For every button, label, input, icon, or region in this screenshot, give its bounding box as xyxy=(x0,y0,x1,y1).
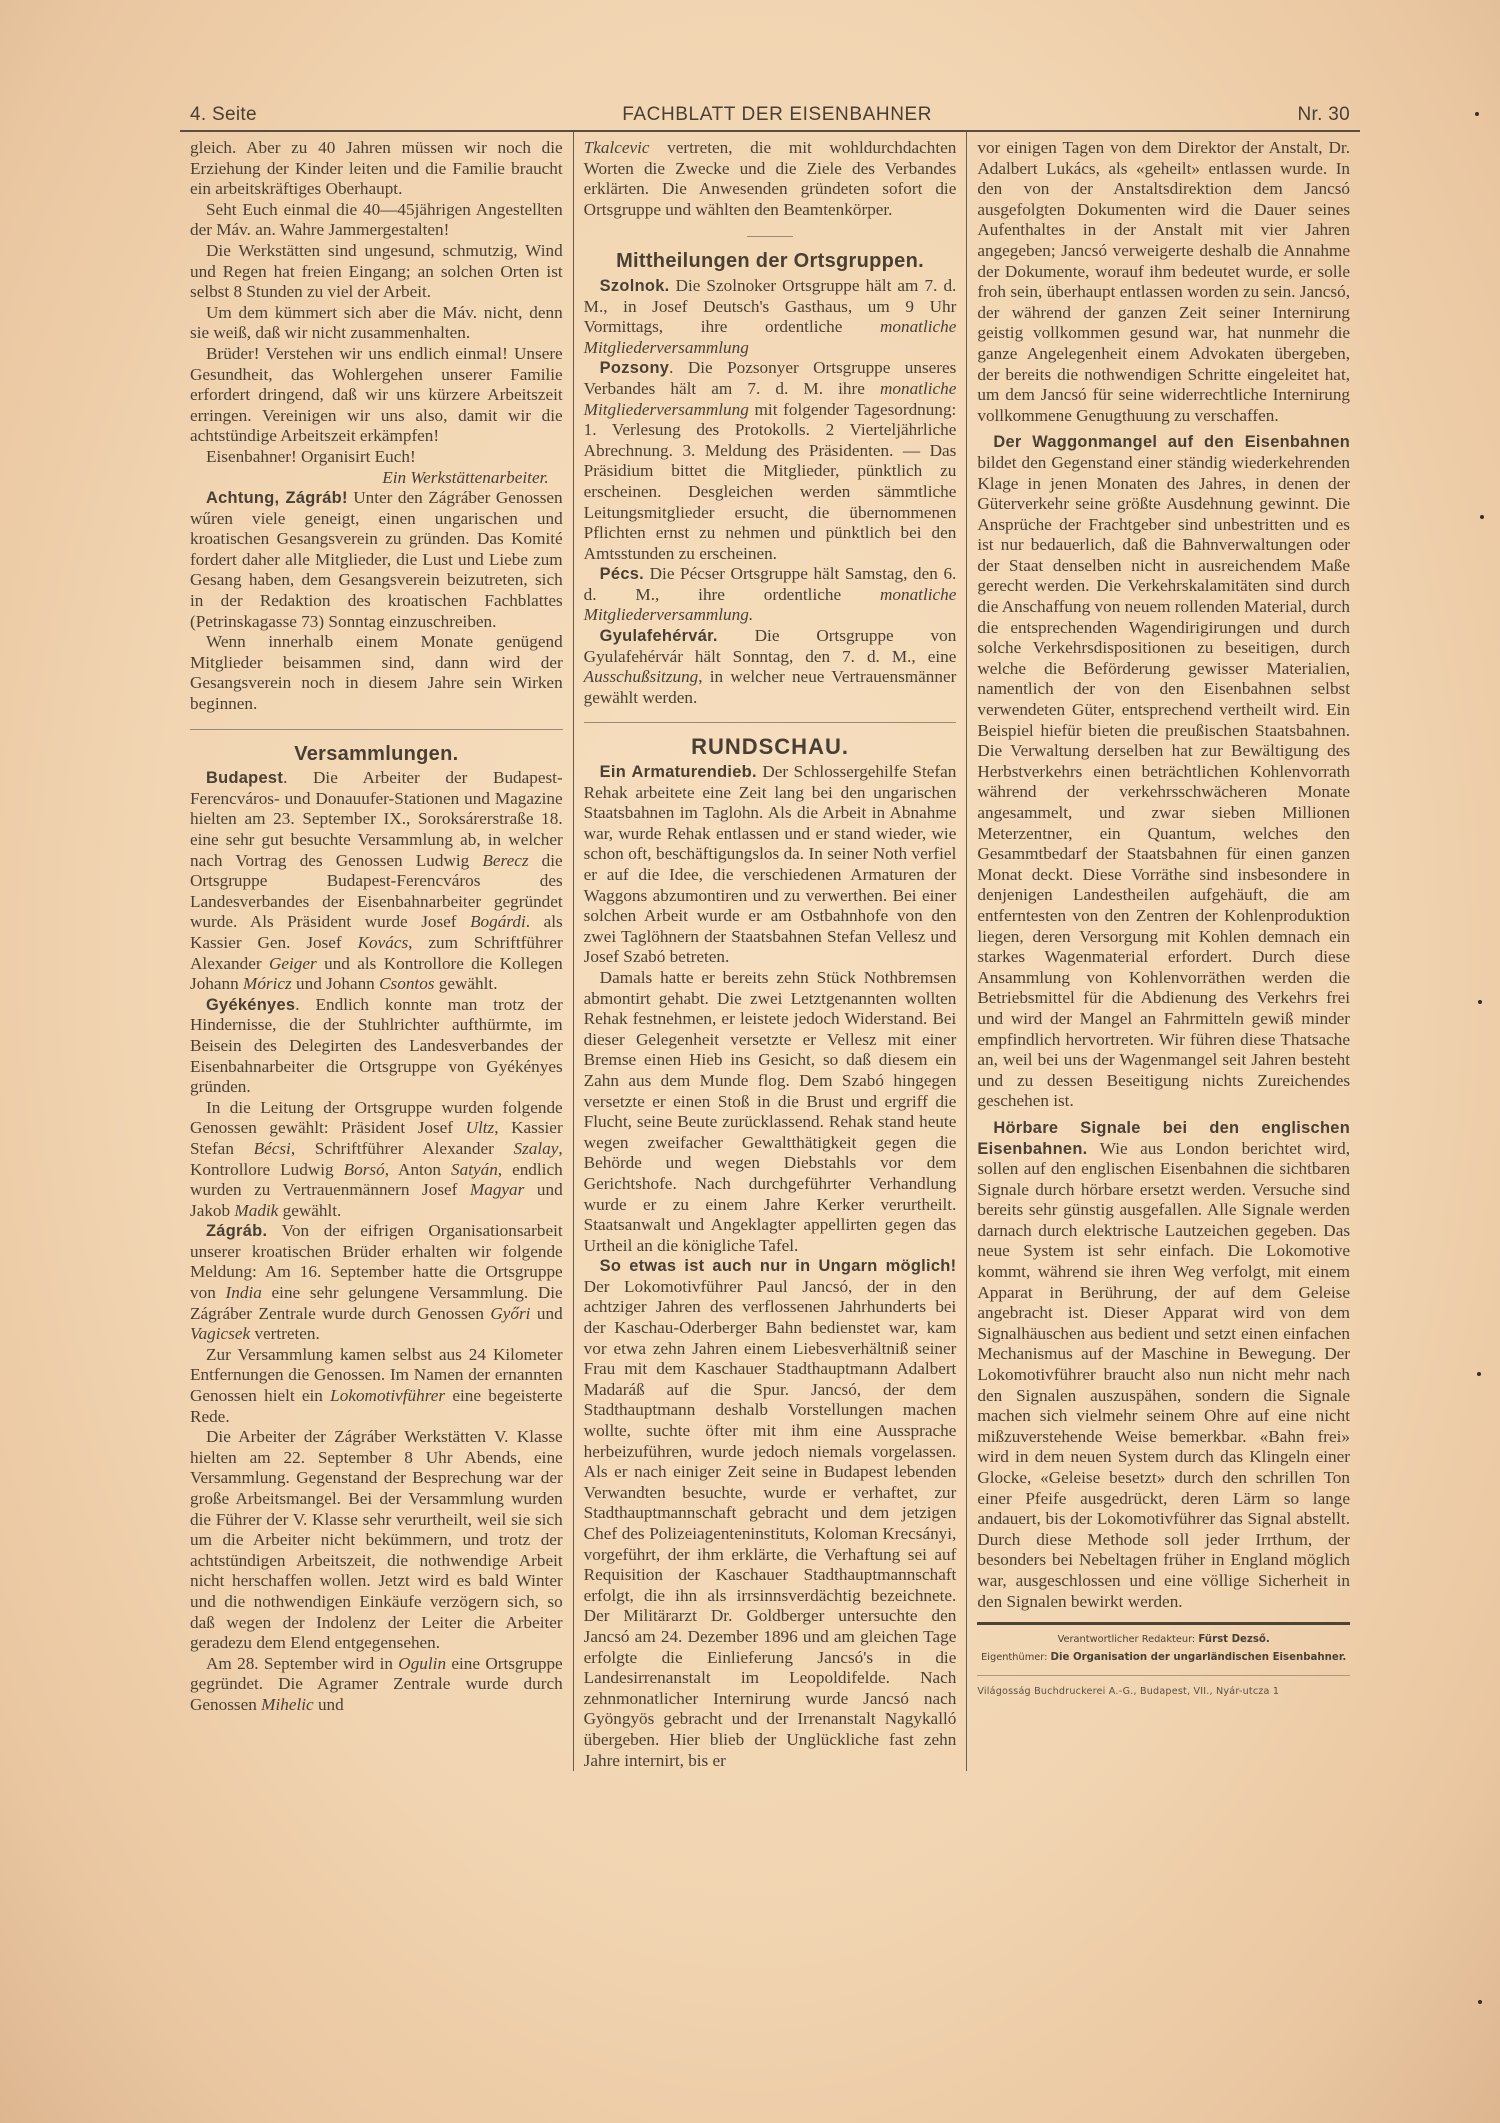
column-right: vor einigen Tagen von dem Direktor der A… xyxy=(966,132,1360,1771)
person-name: Mihelic xyxy=(261,1695,314,1714)
text: , Schriftführer Alexander xyxy=(291,1139,514,1158)
text: Der Lokomotivführer Paul Jancsó, der in … xyxy=(584,1277,957,1770)
section-title-mittheilungen: Mittheilungen der Ortsgruppen. xyxy=(584,251,957,272)
paragraph: Tkalcevic vertreten, die mit wohldurchda… xyxy=(584,138,957,220)
report-budapest: Budapest. Die Arbeiter der Budapest-Fere… xyxy=(190,768,563,995)
section-divider xyxy=(190,729,563,730)
report-gyekenyes: Gyékényes. Endlich konnte man trotz der … xyxy=(190,995,563,1098)
text: Der Schlossergehilfe Stefan Rehak arbeit… xyxy=(584,762,957,966)
text: und xyxy=(314,1695,344,1714)
paragraph: Wenn innerhalb einem Monate genügend Mit… xyxy=(190,632,563,714)
person-name: Geiger xyxy=(269,954,317,973)
notice-achtung-zagrab: Achtung, Zágráb! Unter den Zágráber Geno… xyxy=(190,488,563,632)
paper-speck xyxy=(1478,2000,1482,2004)
place-name: Ogulin xyxy=(398,1654,446,1673)
person-name: Ultz xyxy=(466,1118,495,1137)
article-ungarn: So etwas ist auch nur in Ungarn möglich!… xyxy=(584,1256,957,1771)
text: und xyxy=(530,1304,562,1323)
notice-heading: Szolnok. xyxy=(600,277,670,295)
paragraph: Die Arbeiter der Zágráber Werkstätten V.… xyxy=(190,1427,563,1654)
person-name: Szalay xyxy=(514,1139,559,1158)
person-name: Berecz xyxy=(482,851,528,870)
paragraph: Um dem kümmert sich aber die Máv. nicht,… xyxy=(190,303,563,344)
column-left: gleich. Aber zu 40 Jahren müssen wir noc… xyxy=(180,132,573,1771)
imprint-divider xyxy=(977,1622,1350,1625)
article-heading: Der Waggonmangel auf den Eisenbahnen xyxy=(993,433,1350,451)
paper-speck xyxy=(1480,515,1484,519)
paper-speck xyxy=(1475,112,1479,116)
notice-heading: Achtung, Zágráb! xyxy=(206,489,348,507)
editor-label: Verantwortlicher Redakteur: xyxy=(1058,1634,1196,1645)
person-name: Borsó xyxy=(344,1160,385,1179)
text: gewählt. xyxy=(434,974,497,993)
place-name: India xyxy=(226,1283,262,1302)
person-name: Tkalcevic xyxy=(584,138,650,157)
report-heading: Zágráb. xyxy=(206,1222,267,1240)
notice-pozsony: Pozsony. Die Pozsonyer Ortsgruppe unsere… xyxy=(584,358,957,564)
paragraph: Die Werkstätten sind ungesund, schmutzig… xyxy=(190,241,563,303)
paragraph: Seht Euch einmal die 40—45jährigen Anges… xyxy=(190,200,563,241)
notice-pecs: Pécs. Die Pécser Ortsgruppe hält Samstag… xyxy=(584,564,957,626)
person-name: Móricz xyxy=(243,974,292,993)
text: , Anton xyxy=(385,1160,451,1179)
article-heading: Ein Armaturendieb. xyxy=(600,763,757,781)
person-name: Bécsi xyxy=(254,1139,291,1158)
text: mit folgender Tagesordnung: 1. Verlesung… xyxy=(584,400,957,563)
person-name: Satyán xyxy=(451,1160,498,1179)
article-signale: Hörbare Signale bei den englischen Eisen… xyxy=(977,1118,1350,1612)
text: Am 28. September wird in xyxy=(206,1654,398,1673)
running-header: 4. Seite FACHBLATT DER EISENBAHNER Nr. 3… xyxy=(180,100,1360,132)
paragraph: Am 28. September wird in Ogulin eine Ort… xyxy=(190,1654,563,1716)
short-divider xyxy=(747,236,793,237)
section-title-versammlungen: Versammlungen. xyxy=(190,744,563,765)
article-armaturendieb: Ein Armaturendieb. Der Schlossergehilfe … xyxy=(584,762,957,968)
person-name: Madik xyxy=(234,1201,278,1220)
paragraph: Brüder! Verstehen wir uns endlich einmal… xyxy=(190,344,563,447)
person-name: Győri xyxy=(490,1304,530,1323)
paragraph: Zur Versammlung kamen selbst aus 24 Kilo… xyxy=(190,1345,563,1427)
report-zagrab: Zágráb. Von der eifrigen Organisationsar… xyxy=(190,1221,563,1345)
column-middle: Tkalcevic vertreten, die mit wohldurchda… xyxy=(573,132,967,1771)
newspaper-page: 4. Seite FACHBLATT DER EISENBAHNER Nr. 3… xyxy=(180,100,1360,1771)
person-name: Vagicsek xyxy=(190,1324,250,1343)
notice-gyulafehervar: Gyulafehérvár. Die Ortsgruppe von Gyulaf… xyxy=(584,626,957,708)
issue-number: Nr. 30 xyxy=(1297,104,1350,126)
paragraph: Damals hatte er bereits zehn Stück Nothb… xyxy=(584,968,957,1256)
paragraph: vor einigen Tagen von dem Direktor der A… xyxy=(977,138,1350,426)
owner-line: Eigenthümer: Die Organisation der ungarl… xyxy=(977,1651,1350,1665)
owner-label: Eigenthümer: xyxy=(981,1652,1047,1663)
paper-speck xyxy=(1478,1000,1482,1004)
notice-heading: Pécs. xyxy=(600,565,644,583)
person-name: Magyar xyxy=(470,1180,524,1199)
section-divider xyxy=(584,722,957,723)
imprint-thin-divider xyxy=(977,1675,1350,1676)
article-columns: gleich. Aber zu 40 Jahren müssen wir noc… xyxy=(180,132,1360,1771)
report-heading: Gyékényes xyxy=(206,996,295,1014)
article-waggonmangel: Der Waggonmangel auf den Eisenbahnen bil… xyxy=(977,432,1350,1112)
article-heading: So etwas ist auch nur in Ungarn möglich! xyxy=(600,1257,957,1275)
page-number: 4. Seite xyxy=(190,104,257,126)
person-name: Bogárdi xyxy=(470,912,526,931)
emphasis: Lokomotivführer xyxy=(330,1386,445,1405)
text: gewählt. xyxy=(278,1201,341,1220)
notice-heading: Pozsony xyxy=(600,359,670,377)
editor-line: Verantwortlicher Redakteur: Fürst Dezső. xyxy=(977,1633,1350,1647)
text: Wie aus London berichtet wird, sollen au… xyxy=(977,1139,1350,1611)
text: und Johann xyxy=(292,974,379,993)
editor-name: Fürst Dezső. xyxy=(1198,1634,1269,1645)
owner-name: Die Organisation der ungarländischen Eis… xyxy=(1051,1652,1347,1663)
person-name: Csontos xyxy=(379,974,434,993)
notice-heading: Gyulafehérvár. xyxy=(600,627,718,645)
newspaper-title: FACHBLATT DER EISENBAHNER xyxy=(622,104,932,126)
paragraph: In die Leitung der Ortsgruppe wurden fol… xyxy=(190,1098,563,1222)
notice-text: Unter den Zágráber Genossen wűren viele … xyxy=(190,488,563,631)
paper-speck xyxy=(1477,1372,1481,1376)
article-signature: Ein Werkstättenarbeiter. xyxy=(190,468,563,489)
paragraph: Eisenbahner! Organisirt Euch! xyxy=(190,447,563,468)
imprint: Verantwortlicher Redakteur: Fürst Dezső.… xyxy=(977,1633,1350,1665)
section-title-rundschau: RUNDSCHAU. xyxy=(584,737,957,758)
paragraph: gleich. Aber zu 40 Jahren müssen wir noc… xyxy=(190,138,563,200)
notice-szolnok: Szolnok. Die Szolnoker Ortsgruppe hält a… xyxy=(584,276,957,358)
emphasis: Ausschußsitzung xyxy=(584,667,699,686)
printer-line: Világosság Buchdruckerei A.-G., Budapest… xyxy=(977,1682,1350,1703)
report-heading: Budapest xyxy=(206,769,283,787)
text: vertreten. xyxy=(250,1324,320,1343)
text: bildet den Gegenstand einer ständig wied… xyxy=(977,453,1350,1110)
person-name: Kovács xyxy=(358,933,409,952)
